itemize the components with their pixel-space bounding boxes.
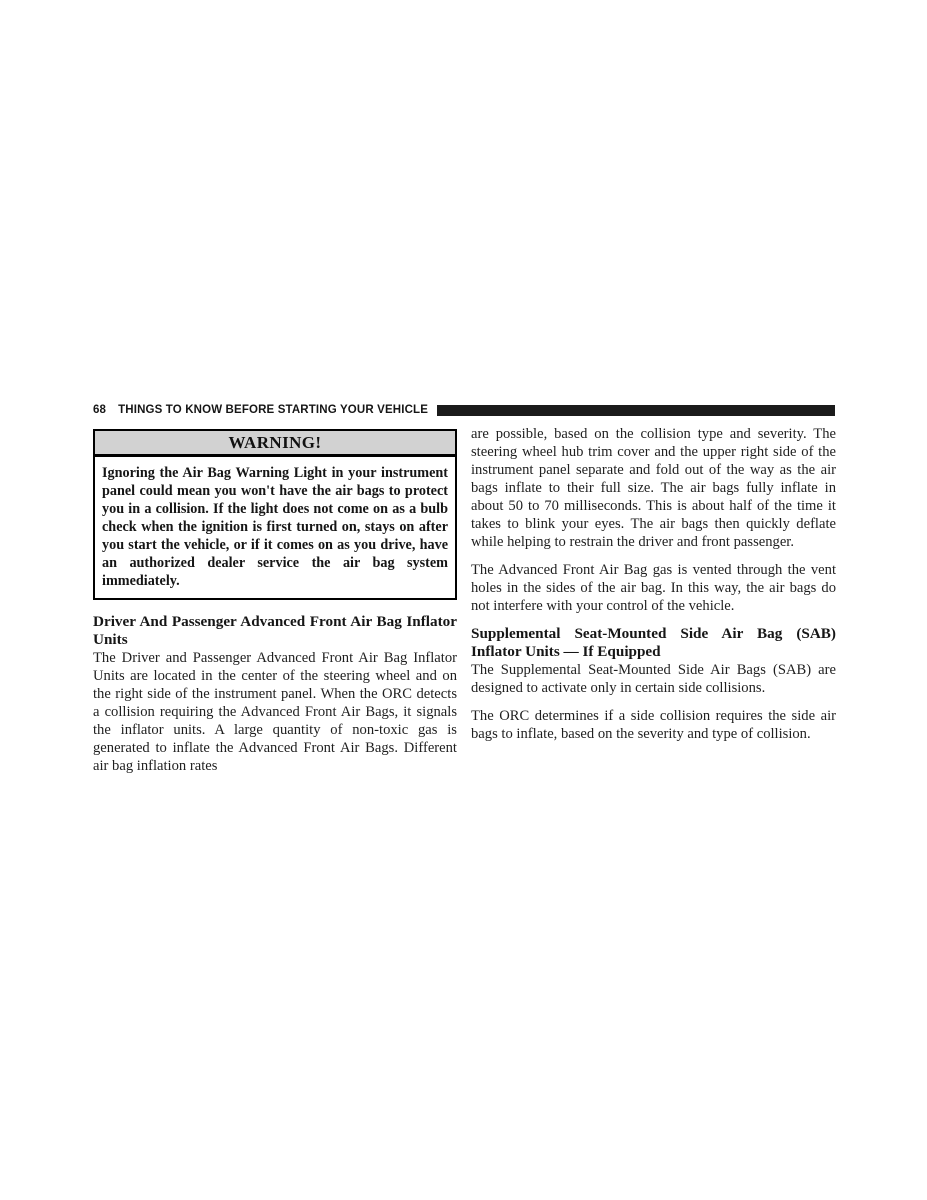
- right-column: are possible, based on the collision typ…: [471, 425, 836, 743]
- running-header: 68 THINGS TO KNOW BEFORE STARTING YOUR V…: [93, 403, 835, 417]
- warning-title: WARNING!: [95, 431, 455, 457]
- section-heading-side-airbag-inflator-units: Supplemental Seat-Mounted Side Air Bag (…: [471, 625, 836, 661]
- paragraph-airbag-inflation: are possible, based on the collision typ…: [471, 425, 836, 551]
- section-heading-front-airbag-inflator-units: Driver And Passenger Advanced Front Air …: [93, 613, 457, 649]
- left-column: WARNING! Ignoring the Air Bag Warning Li…: [93, 429, 457, 775]
- warning-body-text: Ignoring the Air Bag Warning Light in yo…: [95, 457, 455, 598]
- page-number: 68: [93, 404, 106, 416]
- paragraph-front-airbag-inflator: The Driver and Passenger Advanced Front …: [93, 649, 457, 775]
- header-rule-bar: [437, 405, 835, 416]
- manual-page: 68 THINGS TO KNOW BEFORE STARTING YOUR V…: [0, 0, 927, 1200]
- paragraph-airbag-venting: The Advanced Front Air Bag gas is vented…: [471, 561, 836, 615]
- warning-box: WARNING! Ignoring the Air Bag Warning Li…: [93, 429, 457, 600]
- paragraph-sab-activation: The Supplemental Seat-Mounted Side Air B…: [471, 661, 836, 697]
- paragraph-orc-side-collision: The ORC determines if a side collision r…: [471, 707, 836, 743]
- chapter-title: THINGS TO KNOW BEFORE STARTING YOUR VEHI…: [118, 404, 428, 416]
